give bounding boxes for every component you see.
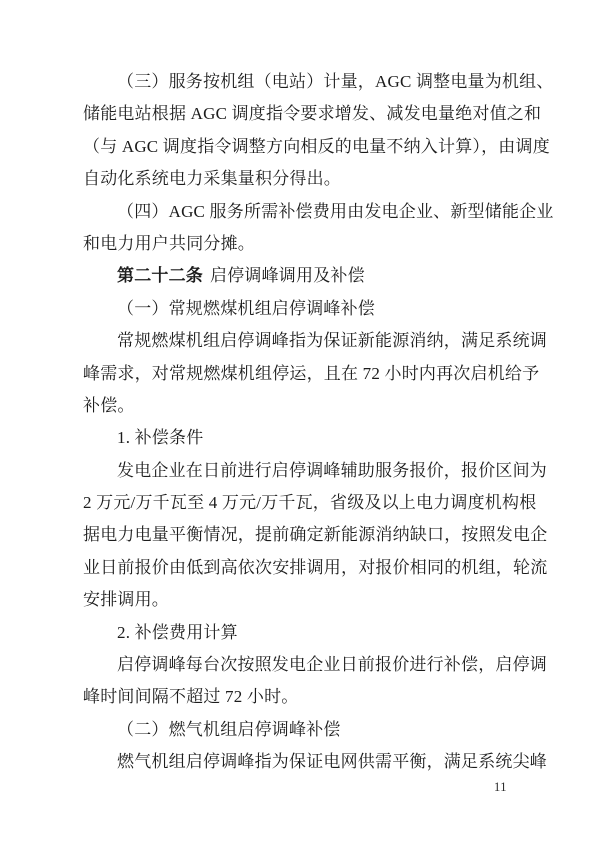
document-line: 2 万元/万千瓦至 4 万元/万千瓦，省级及以上电力调度机构根 bbox=[83, 487, 523, 519]
document-text-block: （三）服务按机组（电站）计量，AGC 调整电量为机组、 储能电站根据 AGC 调… bbox=[83, 66, 523, 779]
document-line: 燃气机组启停调峰指为保证电网供需平衡，满足系统尖峰 bbox=[83, 746, 523, 778]
page-number: 11 bbox=[494, 780, 507, 795]
document-line: （一）常规燃煤机组启停调峰补偿 bbox=[83, 293, 523, 325]
article-heading-line: 第二十二条启停调峰调用及补偿 bbox=[83, 260, 523, 292]
article-number: 第二十二条 bbox=[117, 266, 203, 285]
document-line: 峰需求，对常规燃煤机组停运，且在 72 小时内再次启机给予 bbox=[83, 358, 523, 390]
document-line: 据电力电量平衡情况，提前确定新能源消纳缺口，按照发电企 bbox=[83, 519, 523, 551]
article-title: 启停调峰调用及补偿 bbox=[210, 266, 365, 285]
document-line: （二）燃气机组启停调峰补偿 bbox=[83, 714, 523, 746]
document-line: 业日前报价由低到高依次安排调用，对报价相同的机组，轮流 bbox=[83, 552, 523, 584]
document-line: （四）AGC 服务所需补偿费用由发电企业、新型储能企业 bbox=[83, 196, 523, 228]
document-line: 安排调用。 bbox=[83, 584, 523, 616]
document-line: 发电企业在日前进行启停调峰辅助服务报价，报价区间为 bbox=[83, 455, 523, 487]
document-line: 峰时间间隔不超过 72 小时。 bbox=[83, 681, 523, 713]
document-line: 和电力用户共同分摊。 bbox=[83, 228, 523, 260]
document-line: 自动化系统电力采集量积分得出。 bbox=[83, 163, 523, 195]
document-page: （三）服务按机组（电站）计量，AGC 调整电量为机组、 储能电站根据 AGC 调… bbox=[0, 0, 600, 848]
document-line: （三）服务按机组（电站）计量，AGC 调整电量为机组、 bbox=[83, 66, 523, 98]
document-line: 储能电站根据 AGC 调度指令要求增发、减发电量绝对值之和 bbox=[83, 98, 523, 130]
document-line: 常规燃煤机组启停调峰指为保证新能源消纳，满足系统调 bbox=[83, 325, 523, 357]
document-line: （与 AGC 调度指令调整方向相反的电量不纳入计算），由调度 bbox=[83, 131, 523, 163]
document-line: 启停调峰每台次按照发电企业日前报价进行补偿，启停调 bbox=[83, 649, 523, 681]
document-line: 2. 补偿费用计算 bbox=[83, 617, 523, 649]
document-line: 1. 补偿条件 bbox=[83, 422, 523, 454]
document-line: 补偿。 bbox=[83, 390, 523, 422]
